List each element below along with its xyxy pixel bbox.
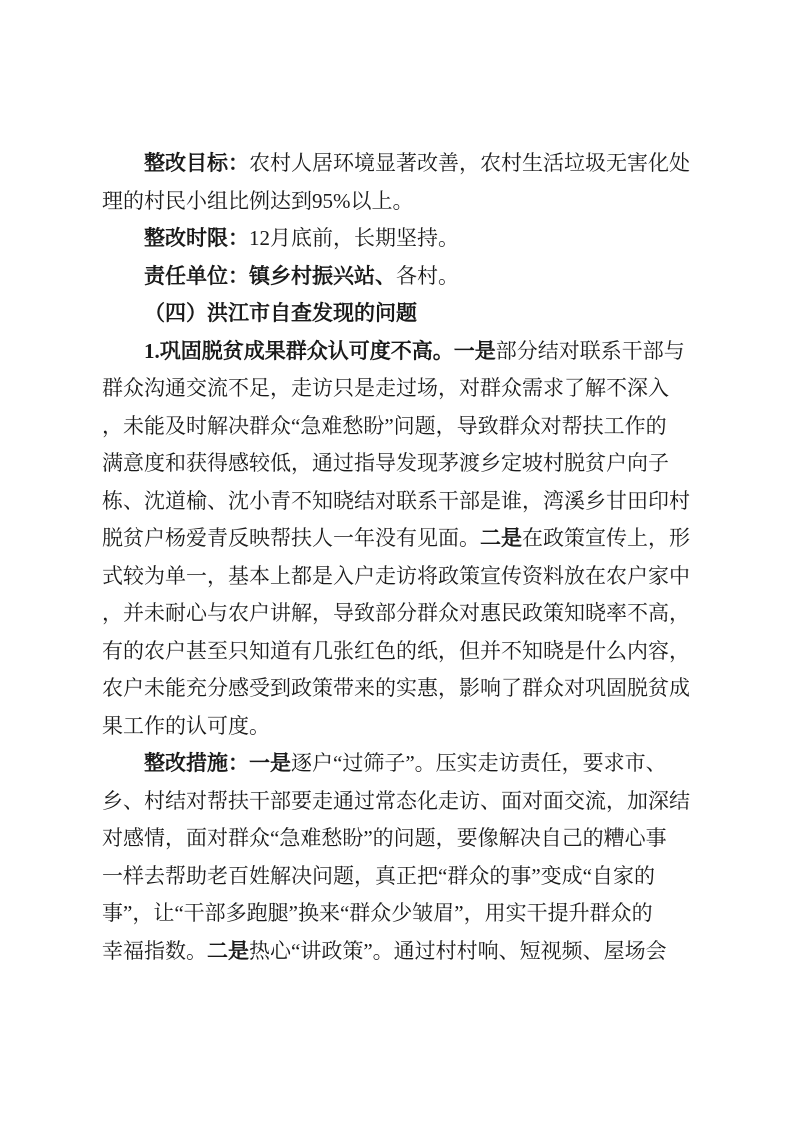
bold-text: 二是 bbox=[207, 939, 249, 963]
text-line: 幸福指数。二是热心“讲政策”。通过村村响、短视频、屋场会 bbox=[102, 933, 693, 971]
rectification-target-paragraph: 整改目标：农村人居环境显著改善，农村生活垃圾无害化处理的村民小组比例达到95%以… bbox=[102, 145, 693, 220]
body-text: 12月底前，长期坚持。 bbox=[249, 226, 459, 250]
body-text: 满意度和获得感较低，通过指导发现茅渡乡定坡村脱贫户向子 bbox=[102, 451, 669, 475]
body-text: 对感情，面对群众“急难愁盼”的问题，要像解决自己的糟心事 bbox=[102, 826, 667, 850]
body-text: 脱贫户杨爱青反映帮扶人一年没有见面。 bbox=[102, 526, 480, 550]
rectification-measures-paragraph: 整改措施：一是逐户“过筛子”。压实走访责任，要求市、乡、村结对帮扶干部要走通过常… bbox=[102, 745, 693, 970]
document-content: 整改目标：农村人居环境显著改善，农村生活垃圾无害化处理的村民小组比例达到95%以… bbox=[102, 145, 693, 970]
bold-text: 责任单位：镇乡村振兴站、 bbox=[144, 264, 396, 288]
body-text: 农户未能充分感受到政策带来的实惠，影响了群众对巩固脱贫成 bbox=[102, 676, 690, 700]
bold-text: 1.巩固脱贫成果群众认可度不高。一是 bbox=[144, 339, 496, 363]
text-line: （四）洪江市自查发现的问题 bbox=[102, 295, 693, 333]
text-line: 理的村民小组比例达到95%以上。 bbox=[102, 183, 693, 221]
bold-text: 整改时限： bbox=[144, 226, 249, 250]
text-line: 对感情，面对群众“急难愁盼”的问题，要像解决自己的糟心事 bbox=[102, 820, 693, 858]
text-line: 整改措施：一是逐户“过筛子”。压实走访责任，要求市、 bbox=[102, 745, 693, 783]
body-text: 式较为单一，基本上都是入户走访将政策宣传资料放在农户家中 bbox=[102, 564, 690, 588]
text-line: ，并未耐心与农户讲解，导致部分群众对惠民政策知晓率不高， bbox=[102, 595, 693, 633]
text-line: 果工作的认可度。 bbox=[102, 708, 693, 746]
body-text: 各村。 bbox=[396, 264, 459, 288]
document-page: 整改目标：农村人居环境显著改善，农村生活垃圾无害化处理的村民小组比例达到95%以… bbox=[0, 0, 793, 1122]
body-text: 热心“讲政策”。通过村村响、短视频、屋场会 bbox=[249, 939, 667, 963]
body-text: 理的村民小组比例达到95%以上。 bbox=[102, 189, 414, 213]
body-text: 果工作的认可度。 bbox=[102, 714, 270, 738]
body-text: 在政策宣传上，形 bbox=[522, 526, 690, 550]
body-text: 幸福指数。 bbox=[102, 939, 207, 963]
body-text: 农村人居环境显著改善，农村生活垃圾无害化处 bbox=[249, 151, 690, 175]
body-text: ，未能及时解决群众“急难愁盼”问题，导致群众对帮扶工作的 bbox=[102, 414, 667, 438]
text-line: 农户未能充分感受到政策带来的实惠，影响了群众对巩固脱贫成 bbox=[102, 670, 693, 708]
bold-text: （四）洪江市自查发现的问题 bbox=[144, 301, 417, 325]
text-line: 有的农户甚至只知道有几张红色的纸，但并不知晓是什么内容， bbox=[102, 633, 693, 671]
problem-1-paragraph: 1.巩固脱贫成果群众认可度不高。一是部分结对联系干部与群众沟通交流不足，走访只是… bbox=[102, 333, 693, 746]
section-heading: （四）洪江市自查发现的问题 bbox=[102, 295, 693, 333]
bold-text: 整改措施：一是 bbox=[144, 751, 291, 775]
text-line: 栋、沈道榆、沈小青不知晓结对联系干部是谁，湾溪乡甘田印村 bbox=[102, 483, 693, 521]
text-line: 整改时限：12月底前，长期坚持。 bbox=[102, 220, 693, 258]
text-line: 满意度和获得感较低，通过指导发现茅渡乡定坡村脱贫户向子 bbox=[102, 445, 693, 483]
body-text: 事”，让“干部多跑腿”换来“群众少皱眉”，用实干提升群众的 bbox=[102, 901, 653, 925]
body-text: 栋、沈道榆、沈小青不知晓结对联系干部是谁，湾溪乡甘田印村 bbox=[102, 489, 690, 513]
body-text: 逐户“过筛子”。压实走访责任，要求市、 bbox=[291, 751, 667, 775]
body-text: ，并未耐心与农户讲解，导致部分群众对惠民政策知晓率不高， bbox=[102, 601, 690, 625]
text-line: 一样去帮助老百姓解决问题，真正把“群众的事”变成“自家的 bbox=[102, 858, 693, 896]
body-text: 群众沟通交流不足，走访只是走过场，对群众需求了解不深入 bbox=[102, 376, 669, 400]
text-line: 乡、村结对帮扶干部要走通过常态化走访、面对面交流，加深结 bbox=[102, 783, 693, 821]
text-line: 整改目标：农村人居环境显著改善，农村生活垃圾无害化处 bbox=[102, 145, 693, 183]
text-line: 群众沟通交流不足，走访只是走过场，对群众需求了解不深入 bbox=[102, 370, 693, 408]
bold-text: 整改目标： bbox=[144, 151, 249, 175]
responsible-unit-paragraph: 责任单位：镇乡村振兴站、各村。 bbox=[102, 258, 693, 296]
text-line: ，未能及时解决群众“急难愁盼”问题，导致群众对帮扶工作的 bbox=[102, 408, 693, 446]
body-text: 部分结对联系干部与 bbox=[496, 339, 685, 363]
bold-text: 二是 bbox=[480, 526, 522, 550]
text-line: 脱贫户杨爱青反映帮扶人一年没有见面。二是在政策宣传上，形 bbox=[102, 520, 693, 558]
text-line: 1.巩固脱贫成果群众认可度不高。一是部分结对联系干部与 bbox=[102, 333, 693, 371]
body-text: 乡、村结对帮扶干部要走通过常态化走访、面对面交流，加深结 bbox=[102, 789, 690, 813]
body-text: 有的农户甚至只知道有几张红色的纸，但并不知晓是什么内容， bbox=[102, 639, 690, 663]
text-line: 式较为单一，基本上都是入户走访将政策宣传资料放在农户家中 bbox=[102, 558, 693, 596]
text-line: 事”，让“干部多跑腿”换来“群众少皱眉”，用实干提升群众的 bbox=[102, 895, 693, 933]
body-text: 一样去帮助老百姓解决问题，真正把“群众的事”变成“自家的 bbox=[102, 864, 655, 888]
text-line: 责任单位：镇乡村振兴站、各村。 bbox=[102, 258, 693, 296]
rectification-deadline-paragraph: 整改时限：12月底前，长期坚持。 bbox=[102, 220, 693, 258]
